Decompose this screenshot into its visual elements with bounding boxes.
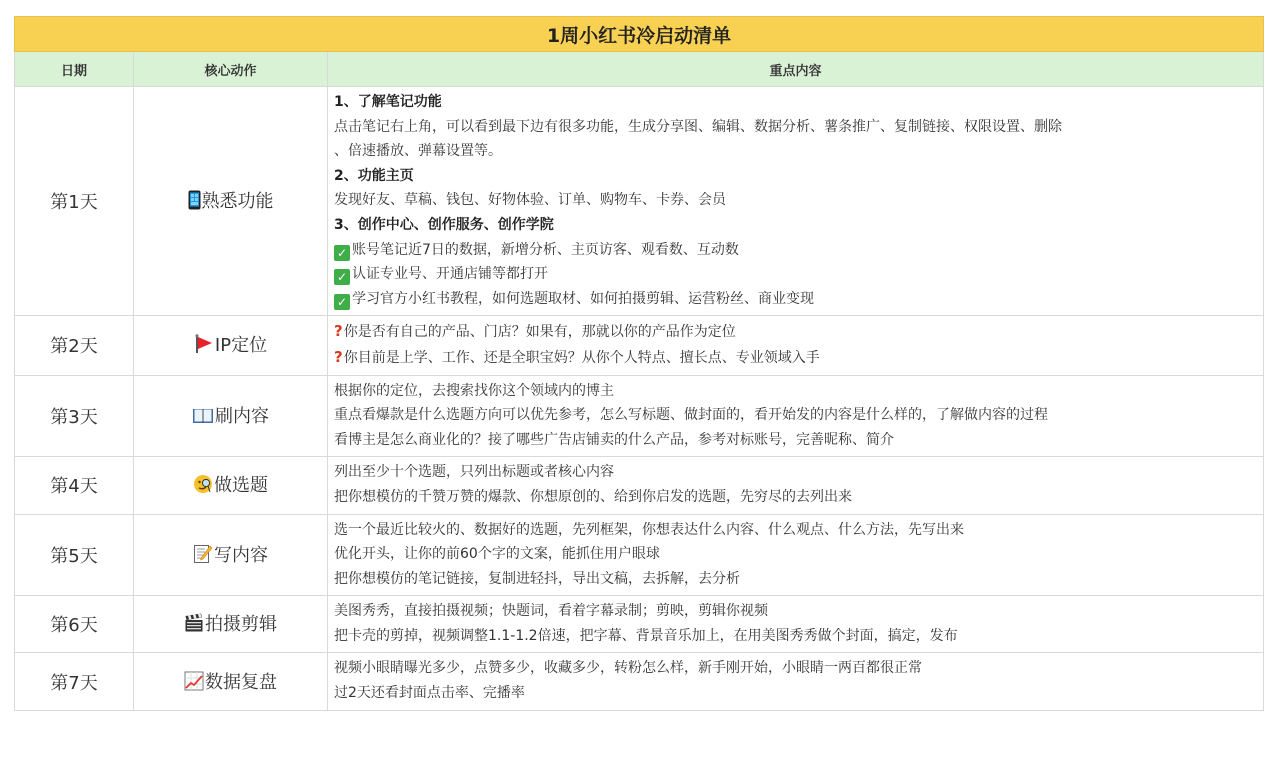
clapper-board-icon xyxy=(184,613,204,638)
action-cell[interactable]: 熟悉功能 xyxy=(134,87,328,316)
open-book-icon xyxy=(192,407,214,430)
action-cell[interactable]: 做选题 xyxy=(134,457,328,514)
content-line: 美图秀秀，直接拍摄视频；快题词，看着字幕录制；剪映，剪辑你视频 xyxy=(334,599,1257,624)
column-header-date[interactable]: 日期 xyxy=(15,52,134,87)
action-label: 写内容 xyxy=(214,545,268,566)
checklist-item-text: 学习官方小红书教程，如何选题取材、如何拍摄剪辑、运营粉丝、商业变现 xyxy=(352,291,814,307)
content-cell[interactable]: 美图秀秀，直接拍摄视频；快题词，看着字幕录制；剪映，剪辑你视频 把卡壳的剪掉，视… xyxy=(328,596,1264,653)
action-label: IP定位 xyxy=(215,335,267,356)
day-cell[interactable]: 第7天 xyxy=(15,653,134,710)
title-row: 1周小红书冷启动清单 xyxy=(15,17,1264,52)
content-line: 选一个最近比较火的、数据好的选题，先列框架，你想表达什么内容、什么观点、什么方法… xyxy=(334,518,1257,543)
content-line: 根据你的定位，去搜索找你这个领域内的博主 xyxy=(334,379,1257,404)
content-line: 重点看爆款是什么选题方向可以优先参考，怎么写标题、做封面的，看开始发的内容是什么… xyxy=(334,403,1257,428)
memo-pencil-icon xyxy=(193,544,213,569)
day-cell[interactable]: 第5天 xyxy=(15,514,134,596)
content-cell[interactable]: 选一个最近比较火的、数据好的选题，先列框架，你想表达什么内容、什么观点、什么方法… xyxy=(328,514,1264,596)
content-cell[interactable]: 根据你的定位，去搜索找你这个领域内的博主 重点看爆款是什么选题方向可以优先参考，… xyxy=(328,375,1264,457)
mobile-phone-icon xyxy=(188,190,201,215)
action-label: 拍摄剪辑 xyxy=(205,614,277,635)
section-heading: 3、创作中心、创作服务、创作学院 xyxy=(334,213,1257,238)
content-line: 把你想模仿的千赞万赞的爆款、你想原创的、给到你启发的选题，先穷尽的去列出来 xyxy=(334,485,1257,510)
table-title[interactable]: 1周小红书冷启动清单 xyxy=(15,17,1264,52)
question-item: ?你目前是上学、工作、还是全职宝妈？从你个人特点、擅长点、专业领域入手 xyxy=(334,345,1257,371)
content-line: 优化开头，让你的前60个字的文案，能抓住用户眼球 xyxy=(334,542,1257,567)
content-cell[interactable]: ?你是否有自己的产品、门店？如果有，那就以你的产品作为定位 ?你目前是上学、工作… xyxy=(328,316,1264,375)
content-line: 点击笔记右上角，可以看到最下边有很多功能，生成分享图、编辑、数据分析、薯条推广、… xyxy=(334,115,1257,140)
action-label: 做选题 xyxy=(214,475,268,496)
day-cell[interactable]: 第2天 xyxy=(15,316,134,375)
question-text: 你目前是上学、工作、还是全职宝妈？从你个人特点、擅长点、专业领域入手 xyxy=(344,350,820,366)
checklist-item-text: 认证专业号、开通店铺等都打开 xyxy=(352,266,548,282)
table-row: 第2天 IP定位 ?你是否有自己的产品、门店？如果有，那就以你的产品作为定位 ?… xyxy=(15,316,1264,375)
day-cell[interactable]: 第6天 xyxy=(15,596,134,653)
check-mark-icon: ✓ xyxy=(334,294,350,310)
content-cell[interactable]: 列出至少十个选题，只列出标题或者核心内容 把你想模仿的千赞万赞的爆款、你想原创的… xyxy=(328,457,1264,514)
content-line: 把卡壳的剪掉，视频调整1.1-1.2倍速，把字幕、背景音乐加上，在用美图秀秀做个… xyxy=(334,624,1257,649)
action-cell[interactable]: 数据复盘 xyxy=(134,653,328,710)
table-row: 第3天 刷内容 根据你的定位，去搜索找你这个领域内的博主 重点看爆款是什么选题方… xyxy=(15,375,1264,457)
checklist-item: ✓账号笔记近7日的数据，新增分析、主页访客、观看数、互动数 xyxy=(334,238,1257,263)
content-line: 过2天还看封面点击率、完播率 xyxy=(334,681,1257,706)
face-with-monocle-icon xyxy=(193,474,213,499)
action-cell[interactable]: 拍摄剪辑 xyxy=(134,596,328,653)
day-cell[interactable]: 第1天 xyxy=(15,87,134,316)
content-line: 列出至少十个选题，只列出标题或者核心内容 xyxy=(334,460,1257,485)
question-text: 你是否有自己的产品、门店？如果有，那就以你的产品作为定位 xyxy=(344,324,736,340)
checklist-sheet: 1周小红书冷启动清单 日期 核心动作 重点内容 第1天 熟悉功能 1、了解笔记功… xyxy=(14,16,1263,711)
red-question-mark-icon: ? xyxy=(334,345,343,370)
action-label: 熟悉功能 xyxy=(202,191,274,212)
section-heading: 2、功能主页 xyxy=(334,164,1257,189)
day-cell[interactable]: 第4天 xyxy=(15,457,134,514)
day-cell[interactable]: 第3天 xyxy=(15,375,134,457)
header-row: 日期 核心动作 重点内容 xyxy=(15,52,1264,87)
question-item: ?你是否有自己的产品、门店？如果有，那就以你的产品作为定位 xyxy=(334,319,1257,345)
section-heading: 1、了解笔记功能 xyxy=(334,90,1257,115)
action-label: 刷内容 xyxy=(215,406,269,427)
check-mark-icon: ✓ xyxy=(334,245,350,261)
content-line: 把你想模仿的笔记链接，复制进轻抖，导出文稿，去拆解，去分析 xyxy=(334,567,1257,592)
checklist-item: ✓认证专业号、开通店铺等都打开 xyxy=(334,262,1257,287)
content-line: 发现好友、草稿、钱包、好物体验、订单、购物车、卡券、会员 xyxy=(334,188,1257,213)
checklist-item: ✓学习官方小红书教程，如何选题取材、如何拍摄剪辑、运营粉丝、商业变现 xyxy=(334,287,1257,312)
content-line: 、倍速播放、弹幕设置等。 xyxy=(334,139,1257,164)
red-flag-icon xyxy=(194,334,214,359)
table-row: 第6天 拍摄剪辑 美图秀秀，直接拍摄视频；快题词，看着字幕录制；剪映，剪辑你视频… xyxy=(15,596,1264,653)
content-cell[interactable]: 1、了解笔记功能 点击笔记右上角，可以看到最下边有很多功能，生成分享图、编辑、数… xyxy=(328,87,1264,316)
action-label: 数据复盘 xyxy=(205,672,277,693)
table-row: 第4天 做选题 列出至少十个选题，只列出标题或者核心内容 把你想模仿的千赞万赞的… xyxy=(15,457,1264,514)
table-row: 第1天 熟悉功能 1、了解笔记功能 点击笔记右上角，可以看到最下边有很多功能，生… xyxy=(15,87,1264,316)
table-row: 第7天 数据复盘 视频小眼睛曝光多少，点赞多少，收藏多少，转粉怎么样，新手刚开始… xyxy=(15,653,1264,710)
checklist-item-text: 账号笔记近7日的数据，新增分析、主页访客、观看数、互动数 xyxy=(352,242,739,258)
check-mark-icon: ✓ xyxy=(334,269,350,285)
action-cell[interactable]: IP定位 xyxy=(134,316,328,375)
column-header-action[interactable]: 核心动作 xyxy=(134,52,328,87)
chart-increasing-icon xyxy=(184,671,204,696)
action-cell[interactable]: 刷内容 xyxy=(134,375,328,457)
content-cell[interactable]: 视频小眼睛曝光多少，点赞多少，收藏多少，转粉怎么样，新手刚开始，小眼睛一两百都很… xyxy=(328,653,1264,710)
action-cell[interactable]: 写内容 xyxy=(134,514,328,596)
checklist-table: 1周小红书冷启动清单 日期 核心动作 重点内容 第1天 熟悉功能 1、了解笔记功… xyxy=(14,16,1264,711)
column-header-content[interactable]: 重点内容 xyxy=(328,52,1264,87)
content-line: 视频小眼睛曝光多少，点赞多少，收藏多少，转粉怎么样，新手刚开始，小眼睛一两百都很… xyxy=(334,656,1257,681)
table-row: 第5天 写内容 选一个最近比较火的、数据好的选题，先列框架，你想表达什么内容、什… xyxy=(15,514,1264,596)
content-line: 看博主是怎么商业化的？接了哪些广告店铺卖的什么产品，参考对标账号，完善昵称、简介 xyxy=(334,428,1257,453)
red-question-mark-icon: ? xyxy=(334,319,343,344)
